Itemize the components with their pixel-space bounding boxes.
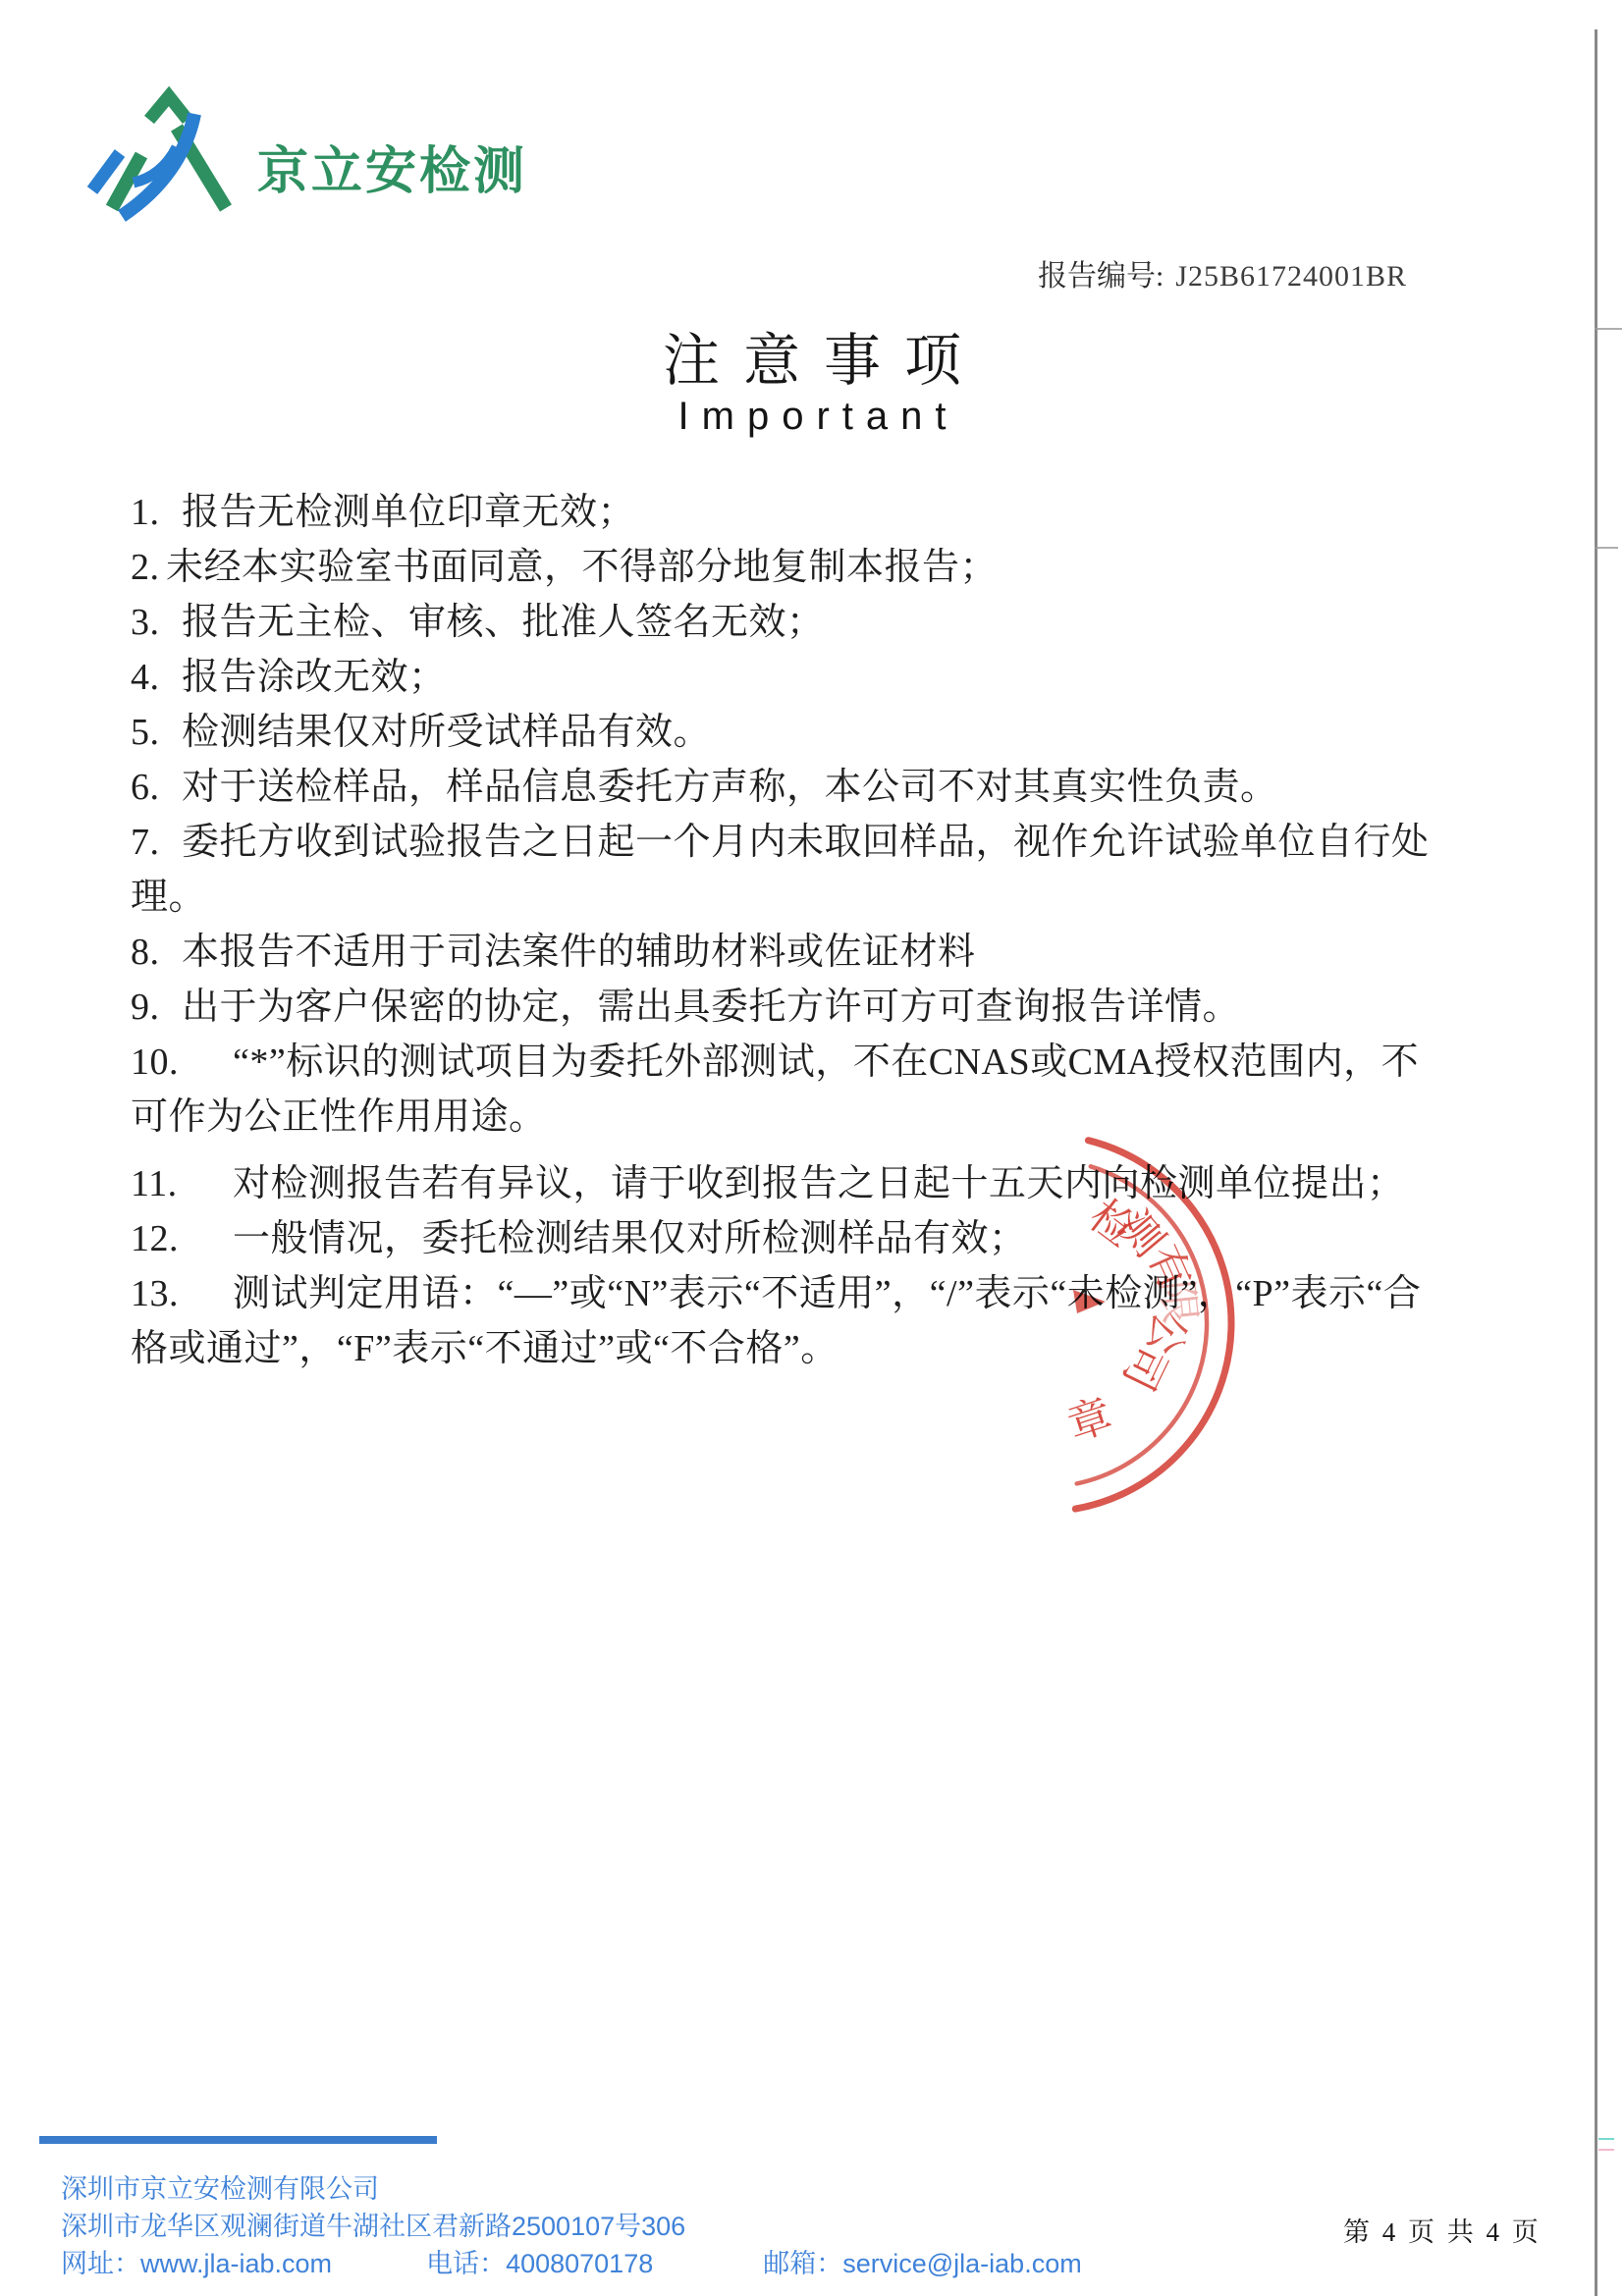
note-text: 委托方收到试验报告之日起一个月内未取回样品，视作允许试验单位自行处理。: [131, 822, 1430, 918]
note-text: 报告无主检、审核、批准人签名无效；: [182, 602, 825, 643]
website-label: 网址：: [61, 2249, 140, 2278]
note-number: 4.: [131, 650, 182, 705]
note-item: 4.报告涂改无效；: [131, 650, 1451, 705]
report-number: 报告编号:J25B61724001BR: [1038, 251, 1407, 294]
note-text: 一般情况，委托检测结果仅对所检测样品有效；: [233, 1218, 1027, 1259]
note-number: 3.: [131, 595, 182, 650]
note-item: 5.检测结果仅对所受试样品有效。: [131, 705, 1451, 760]
website-value: www.jla-iab.com: [140, 2249, 332, 2278]
note-item: 10.“*”标识的测试项目为委托外部测试，不在CNAS或CMA授权范围内，不可作…: [131, 1035, 1451, 1145]
note-number: 6.: [131, 760, 182, 815]
note-number: 11.: [131, 1156, 233, 1211]
seal-character: 章: [1056, 1379, 1117, 1442]
note-number: 13.: [131, 1266, 233, 1321]
note-item: 7.委托方收到试验报告之日起一个月内未取回样品，视作允许试验单位自行处理。: [131, 815, 1451, 925]
scan-edge-line: [1595, 29, 1597, 2296]
footer-contacts: 网址：www.jla-iab.com电话：4008070178邮箱：servic…: [61, 2242, 1082, 2280]
note-item: 8.本报告不适用于司法案件的辅助材料或佐证材料: [131, 925, 1451, 980]
email-label: 邮箱：: [763, 2249, 842, 2278]
report-number-value: J25B61724001BR: [1175, 260, 1407, 293]
note-item: 3.报告无主检、审核、批准人签名无效；: [131, 595, 1451, 650]
page-number: 第 4 页 共 4 页: [1343, 2211, 1542, 2249]
note-number: 9.: [131, 980, 182, 1035]
phone-value: 4008070178: [506, 2249, 653, 2278]
scan-tick-color: [1598, 2138, 1614, 2140]
note-item: 11.对检测报告若有异议，请于收到报告之日起十五天内向检测单位提出；: [131, 1156, 1451, 1211]
note-item: 6.对于送检样品，样品信息委托方声称，本公司不对其真实性负责。: [131, 760, 1451, 815]
note-number: 8.: [131, 925, 182, 980]
note-text: 未经本实验室书面同意，不得部分地复制本报告；: [166, 547, 998, 588]
phone-label: 电话：: [426, 2249, 506, 2278]
note-item: 9.出于为客户保密的协定，需出具委托方许可方可查询报告详情。: [131, 980, 1451, 1035]
note-text: 报告无检测单位印章无效；: [182, 492, 635, 533]
note-text: 测试判定用语：“—”或“N”表示“不适用”，“/”表示“未检测”，“P”表示“合…: [131, 1273, 1421, 1369]
report-number-label: 报告编号:: [1038, 260, 1164, 293]
notes-list: 1.报告无检测单位印章无效；2.未经本实验室书面同意，不得部分地复制本报告；3.…: [131, 485, 1451, 1376]
note-number: 7.: [131, 815, 182, 870]
note-number: 2.: [131, 540, 166, 595]
page-title-en: Important: [0, 395, 1624, 439]
footer-divider-bar: [39, 2136, 437, 2144]
note-text: 检测结果仅对所受试样品有效。: [182, 712, 711, 753]
note-text: 对于送检样品，样品信息委托方声称，本公司不对其真实性负责。: [182, 767, 1278, 808]
note-item: 12.一般情况，委托检测结果仅对所检测样品有效；: [131, 1211, 1451, 1266]
note-text: 出于为客户保密的协定，需出具委托方许可方可查询报告详情。: [182, 987, 1240, 1028]
note-number: 10.: [131, 1035, 233, 1090]
brand-text: 京立安检测: [257, 130, 527, 203]
company-logo: 京立安检测: [77, 86, 527, 224]
email-value: service@jla-iab.com: [842, 2249, 1081, 2278]
note-number: 5.: [131, 705, 182, 760]
note-text: 报告涂改无效；: [182, 657, 447, 698]
note-item: 1.报告无检测单位印章无效；: [131, 485, 1451, 540]
report-page: 京立安检测 报告编号:J25B61724001BR 注意事项 Important…: [0, 0, 1624, 2296]
note-text: 对检测报告若有异议，请于收到报告之日起十五天内向检测单位提出；: [233, 1163, 1405, 1204]
footer-company: 深圳市京立安检测有限公司: [61, 2167, 379, 2206]
jla-logo-icon: [77, 86, 242, 224]
footer-address: 深圳市龙华区观澜街道牛湖社区君新路2500107号306: [61, 2205, 685, 2243]
note-item: 2.未经本实验室书面同意，不得部分地复制本报告；: [131, 540, 1451, 595]
scan-tick-color: [1598, 2149, 1614, 2151]
note-text: “*”标识的测试项目为委托外部测试，不在CNAS或CMA授权范围内，不可作为公正…: [131, 1041, 1419, 1138]
note-text: 本报告不适用于司法案件的辅助材料或佐证材料: [182, 932, 976, 973]
scan-tick: [1595, 547, 1618, 549]
page-title-zh: 注意事项: [0, 314, 1624, 397]
note-item: 13.测试判定用语：“—”或“N”表示“不适用”，“/”表示“未检测”，“P”表…: [131, 1266, 1451, 1376]
note-number: 12.: [131, 1211, 233, 1266]
note-number: 1.: [131, 485, 182, 540]
scan-tick: [1595, 328, 1622, 330]
